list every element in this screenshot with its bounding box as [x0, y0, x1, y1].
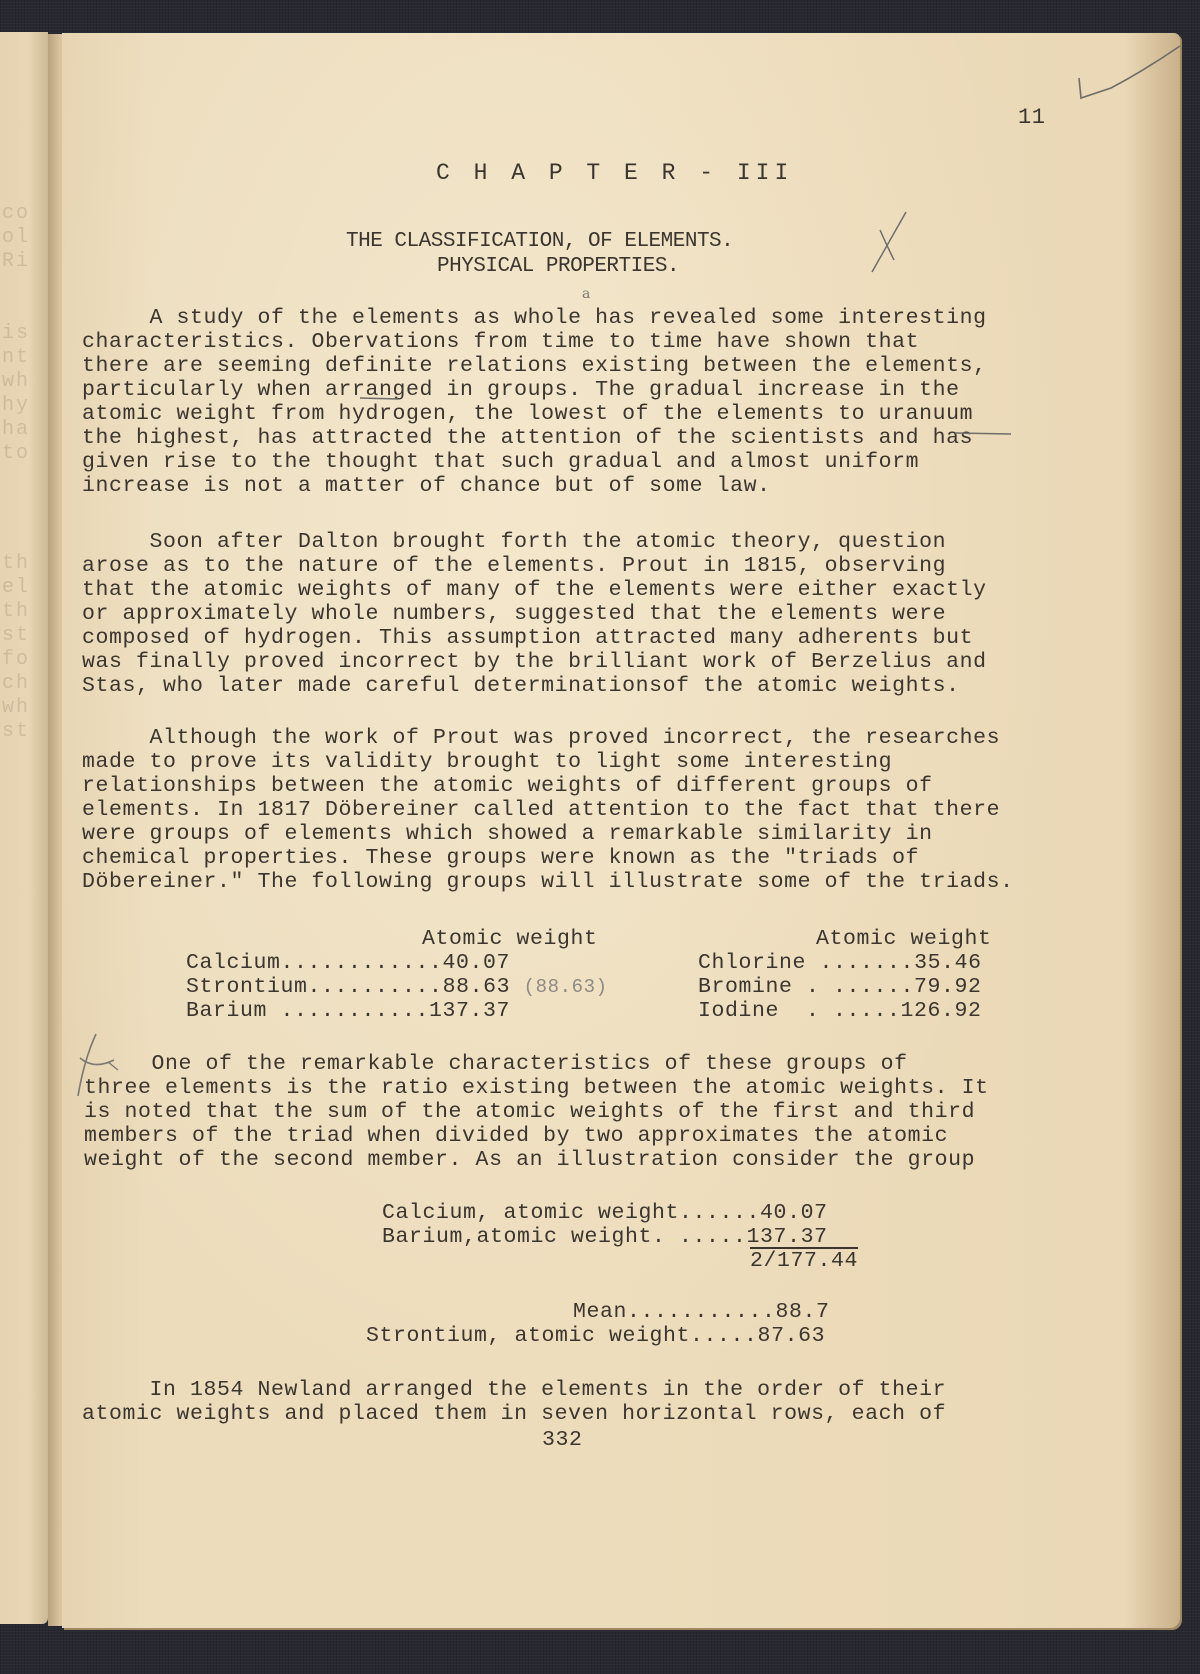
dot-leader: .......... [308, 975, 443, 999]
text-line: is noted that the sum of the atomic weig… [84, 1100, 1084, 1124]
pencil-correction: (88.63) [524, 976, 608, 998]
text-line: was finally proved incorrect by the bril… [82, 650, 1082, 674]
atomic-weight: 40.07 [443, 951, 511, 975]
calc-strontium: Strontium, atomic weight.....87.63 [366, 1324, 830, 1348]
triads-table-left: Atomic weight Calcium............40.07 S… [186, 927, 608, 1023]
table-row: Iodine . .....126.92 [698, 999, 992, 1023]
text-line: particularly when arranged in groups. Th… [82, 378, 1082, 402]
element-name: Calcium [186, 951, 281, 975]
atomic-weight: 137.37 [429, 999, 510, 1023]
text-line: chemical properties. These groups were k… [82, 846, 1082, 870]
text-line: were groups of elements which showed a r… [82, 822, 1082, 846]
table-row: Barium ...........137.37 [186, 999, 608, 1023]
calc-barium: Barium,atomic weight. .....137.37 [368, 1225, 858, 1249]
column-header: Atomic weight [186, 927, 608, 951]
calc-mean: Mean...........88.7 [366, 1300, 830, 1324]
element-name: Bromine [698, 975, 793, 999]
text-line: or approximately whole numbers, suggeste… [82, 602, 1082, 626]
text-line: Soon after Dalton brought forth the atom… [82, 530, 1082, 554]
facing-page-edge: co ol Ri is nt wh hy ha to th el th st f… [0, 32, 48, 1624]
text-line: given rise to the thought that such grad… [82, 450, 1082, 474]
atomic-weight: 79.92 [914, 975, 982, 999]
dot-leader: . ..... [779, 999, 901, 1023]
table-row: Chlorine .......35.46 [698, 951, 992, 975]
calc-calcium: Calcium, atomic weight......40.07 [368, 1201, 858, 1225]
text-line: that the atomic weights of many of the e… [82, 578, 1082, 602]
dot-leader: . ...... [793, 975, 915, 999]
text-line: A study of the elements as whole has rev… [82, 306, 1082, 330]
caret-insert-annotation: a [582, 286, 590, 302]
text-line: atomic weight from hydrogen, the lowest … [82, 402, 1082, 426]
text-line: atomic weights and placed them in seven … [82, 1402, 1082, 1426]
table-row: Strontium..........88.63 (88.63) [186, 975, 608, 999]
atomic-weight: 35.46 [914, 951, 982, 975]
table-row: Calcium............40.07 [186, 951, 608, 975]
calculation-block: Calcium, atomic weight......40.07 Barium… [368, 1201, 858, 1273]
text-line: characteristics. Obervations from time t… [82, 330, 1082, 354]
checkmark-pencil-icon [1075, 40, 1185, 110]
text-line: weight of the second member. As an illus… [84, 1148, 1084, 1172]
text-line: the highest, has attracted the attention… [82, 426, 1082, 450]
text-line: arose as to the nature of the elements. … [82, 554, 1082, 578]
text-line: elements. In 1817 Döbereiner called atte… [82, 798, 1082, 822]
paragraph-3: Although the work of Prout was proved in… [82, 726, 1082, 894]
dot-leader: ........... [267, 999, 429, 1023]
chapter-title-line2: PHYSICAL PROPERTIES. [437, 255, 679, 279]
chapter-title-line1: THE CLASSIFICATION, OF ELEMENTS. [346, 230, 733, 254]
element-name: Chlorine [698, 951, 806, 975]
table-row: Bromine . ......79.92 [698, 975, 992, 999]
paragraph-5: In 1854 Newland arranged the elements in… [82, 1378, 1082, 1426]
underline-pencil-mark [360, 396, 400, 402]
element-name: Iodine [698, 999, 779, 1023]
footer-page-number: 332 [542, 1428, 583, 1452]
underline-pencil-mark [955, 431, 1015, 437]
text-line: composed of hydrogen. This assumption at… [82, 626, 1082, 650]
text-line: three elements is the ratio existing bet… [84, 1076, 1084, 1100]
paragraph-1: A study of the elements as whole has rev… [82, 306, 1082, 498]
atomic-weight: 126.92 [901, 999, 982, 1023]
column-header: Atomic weight [698, 927, 992, 951]
calculation-result: Mean...........88.7 Strontium, atomic we… [366, 1300, 830, 1348]
text-line: there are seeming definite relations exi… [82, 354, 1082, 378]
calc-sum: 2/177.44 [368, 1249, 858, 1273]
text-line: One of the remarkable characteristics of… [84, 1052, 1084, 1076]
page-number: 11 [1018, 106, 1046, 130]
paragraph-4: One of the remarkable characteristics of… [84, 1052, 1084, 1172]
text-line: increase is not a matter of chance but o… [82, 474, 1082, 498]
text-line: Stas, who later made careful determinati… [82, 674, 1082, 698]
triads-table-right: Atomic weight Chlorine .......35.46 Brom… [698, 927, 992, 1023]
dot-leader: ....... [806, 951, 914, 975]
text-line: Döbereiner." The following groups will i… [82, 870, 1082, 894]
atomic-weight: 88.63 [443, 975, 511, 999]
paragraph-2: Soon after Dalton brought forth the atom… [82, 530, 1082, 698]
x-mark-pencil-icon [868, 210, 908, 275]
text-line: relationships between the atomic weights… [82, 774, 1082, 798]
dot-leader: ............ [281, 951, 443, 975]
element-name: Barium [186, 999, 267, 1023]
chapter-heading: C H A P T E R - III [436, 161, 793, 185]
text-line: made to prove its validity brought to li… [82, 750, 1082, 774]
text-line: Although the work of Prout was proved in… [82, 726, 1082, 750]
element-name: Strontium [186, 975, 308, 999]
text-line: members of the triad when divided by two… [84, 1124, 1084, 1148]
text-line: In 1854 Newland arranged the elements in… [82, 1378, 1082, 1402]
